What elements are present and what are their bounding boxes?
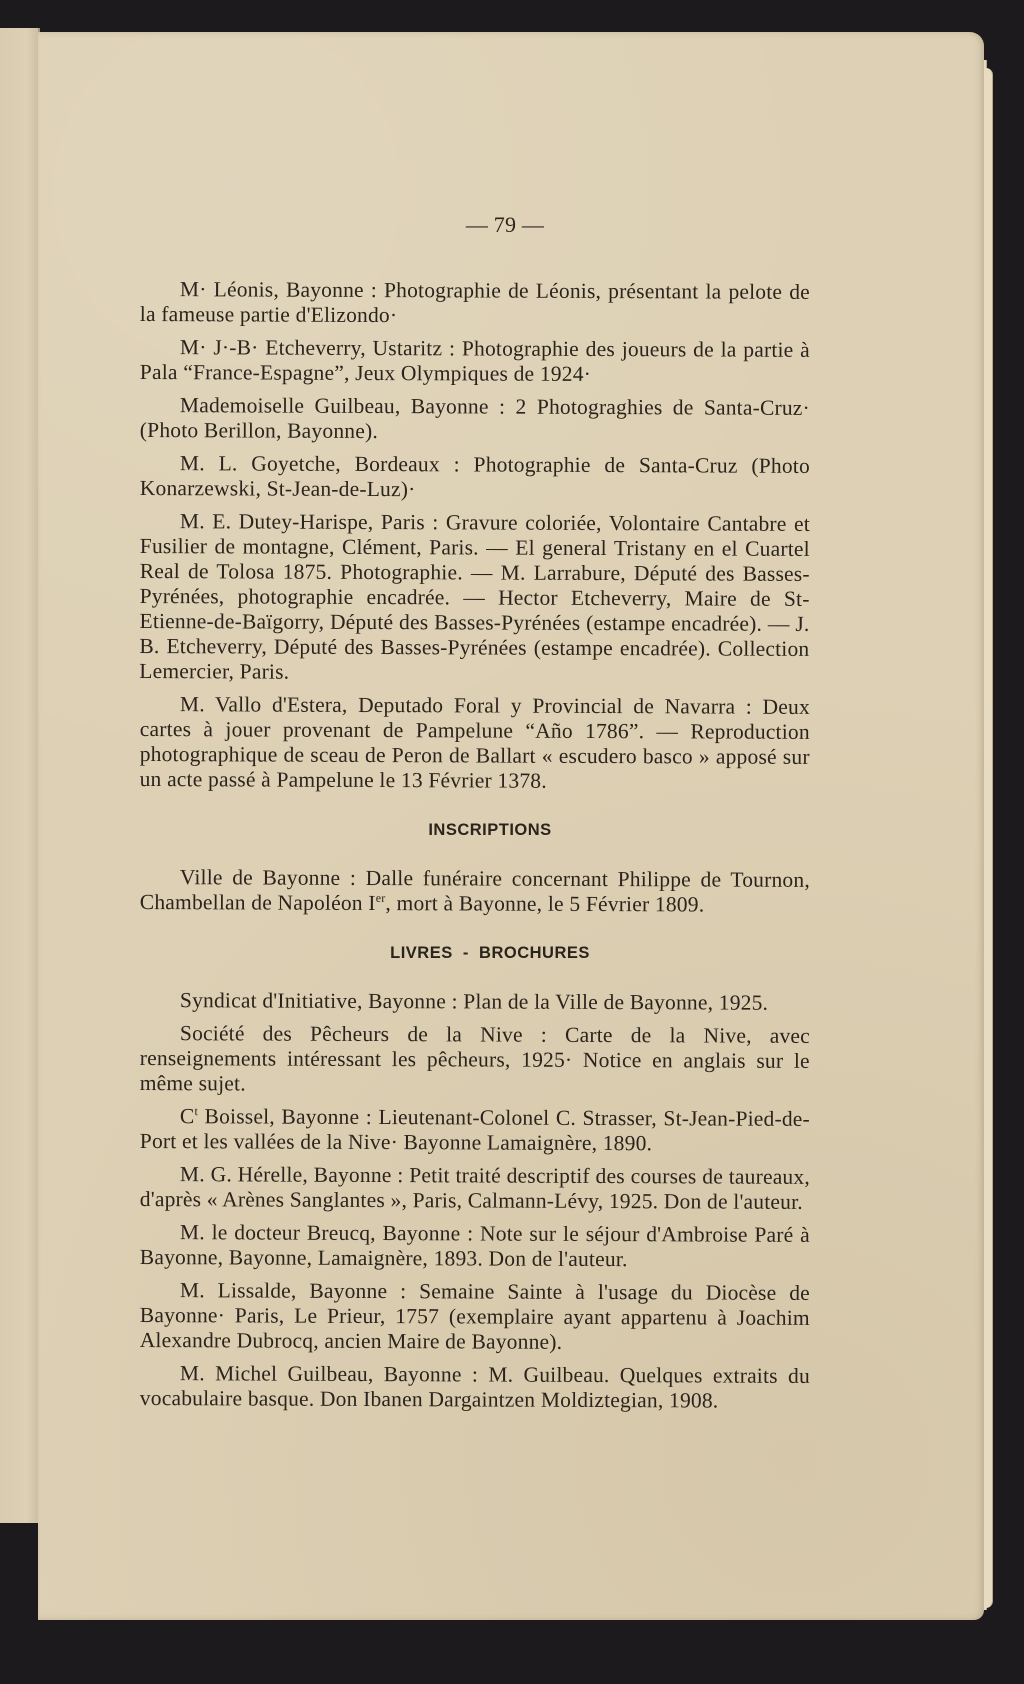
- page-content: — 79 — M· Léonis, Bayonne : Photographie…: [140, 212, 810, 1419]
- book-entry: M. le docteur Breucq, Bayonne : Note sur…: [140, 1220, 810, 1273]
- donation-entry: M. Vallo d'Estera, Deputado Foral y Prov…: [140, 692, 810, 795]
- book-entry-text: Boissel, Bayonne : Lieutenant-Colonel C.…: [140, 1104, 810, 1155]
- inscription-text-end: , mort à Bayonne, le 5 Février 1809.: [385, 891, 704, 916]
- donation-entry: M. L. Goyetche, Bordeaux : Photographie …: [140, 451, 810, 504]
- inscription-entry: Ville de Bayonne : Dalle funéraire conce…: [140, 865, 810, 918]
- book-entry-prefix: C: [180, 1104, 195, 1128]
- book-entry: M. G. Hérelle, Bayonne : Petit traité de…: [140, 1162, 810, 1215]
- donation-entry: M· Léonis, Bayonne : Photographie de Léo…: [140, 277, 810, 330]
- page-number: — 79 —: [200, 212, 810, 237]
- page-stack-edge: [986, 68, 993, 1608]
- book-entry: M. Michel Guilbeau, Bayonne : M. Guilbea…: [140, 1361, 810, 1414]
- book-entry: Société des Pêcheurs de la Nive : Carte …: [140, 1021, 810, 1099]
- section-title-inscriptions: INSCRIPTIONS: [170, 818, 810, 843]
- donation-entry: Mademoiselle Guilbeau, Bayonne : 2 Photo…: [140, 393, 810, 446]
- donation-entry: M· J·-B· Etcheverry, Ustaritz : Photogra…: [140, 335, 810, 388]
- book-entry: Syndicat d'Initiative, Bayonne : Plan de…: [140, 988, 810, 1016]
- facing-page-edge: [0, 28, 40, 1523]
- section-title-livres-brochures: LIVRES - BROCHURES: [170, 941, 810, 966]
- donation-entry: M. E. Dutey-Harispe, Paris : Gravure col…: [139, 509, 810, 687]
- book-entry: M. Lissalde, Bayonne : Semaine Sainte à …: [140, 1278, 810, 1356]
- superscript: er: [376, 891, 386, 905]
- book-entry: Ct Boissel, Bayonne : Lieutenant-Colonel…: [140, 1104, 810, 1157]
